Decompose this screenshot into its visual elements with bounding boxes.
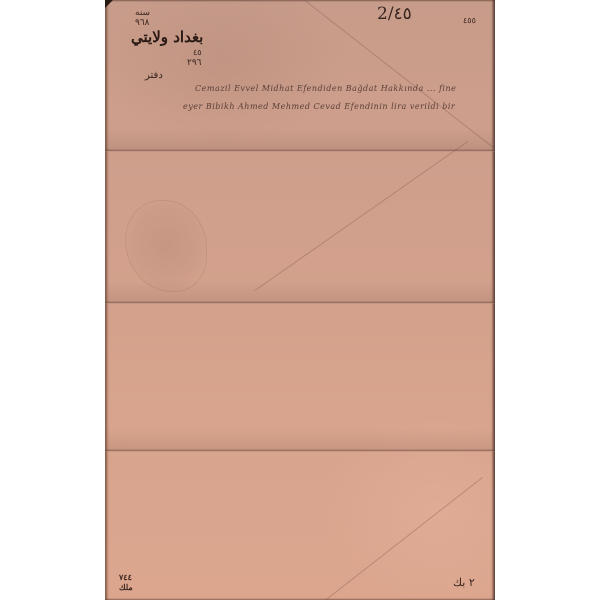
- bottom-left-word: ملك: [119, 582, 133, 592]
- bottom-right-mark: ٢ بك: [453, 576, 475, 589]
- fold-line-1: [105, 149, 495, 152]
- note-number-b: ٢٩٦: [187, 58, 202, 68]
- note-year-label: سنه: [135, 8, 150, 18]
- note-number-a: ٤٥: [193, 48, 202, 57]
- diagonal-crease: [255, 141, 469, 291]
- water-stain: [125, 200, 207, 292]
- bottom-left-number: ٧٤٤: [119, 572, 132, 582]
- fold-shadow: [105, 428, 495, 450]
- fold-line-2: [105, 301, 495, 304]
- fold-shadow: [105, 128, 495, 150]
- document-page: سنه ٩٦٨ بغداد ولايتي ٤٥ ٢٩٦ دفتر 2/٤٥ ٤٥…: [105, 0, 495, 600]
- body-text-line-1: Cemazil Evvel Midhat Efendiden Bağdat Ha…: [195, 84, 456, 93]
- note-year: ٩٦٨: [135, 18, 150, 28]
- body-text-line-2: eyer Bibikh Ahmed Mehmed Cevad Efendinin…: [183, 102, 455, 111]
- note-register: دفتر: [145, 70, 163, 81]
- note-title: بغداد ولايتي: [131, 28, 203, 46]
- archive-mark: 2/٤٥: [377, 4, 412, 24]
- fold-line-3: [105, 449, 495, 452]
- top-right-mark: ٤٥٥: [463, 16, 476, 25]
